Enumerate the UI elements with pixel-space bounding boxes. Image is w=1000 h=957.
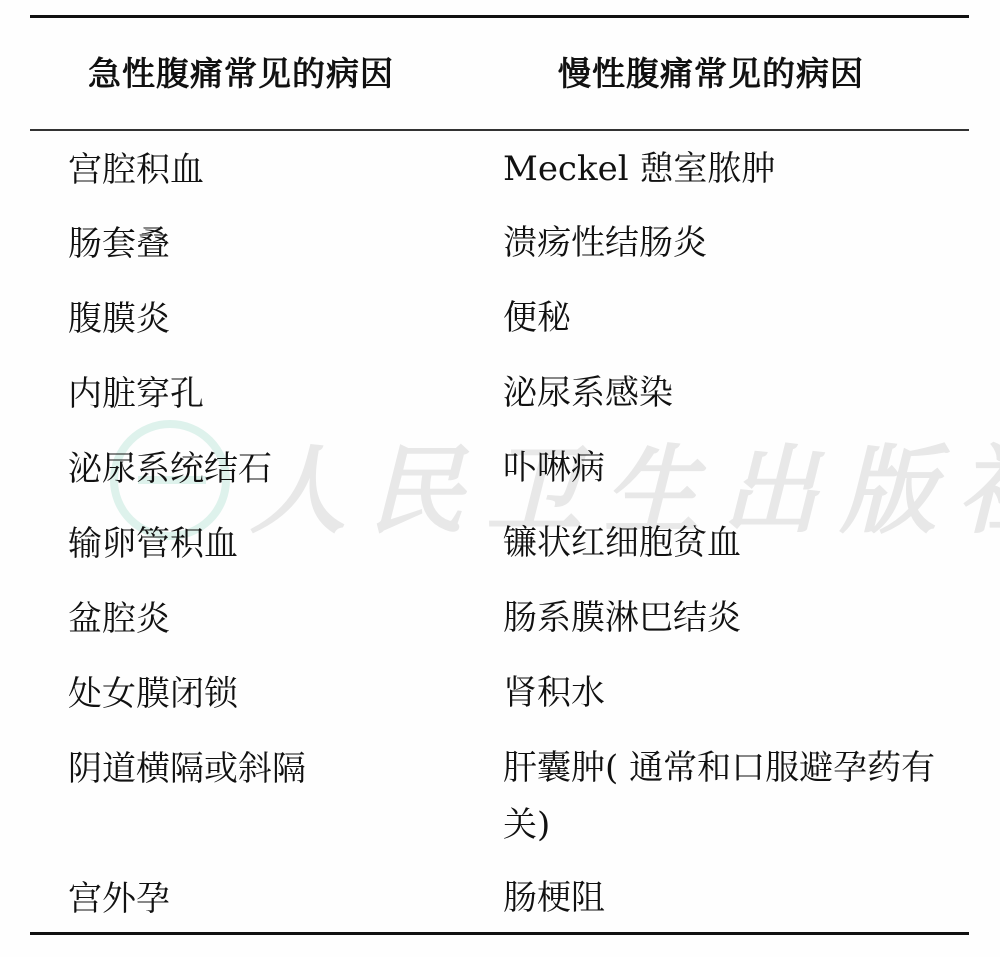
table-cell-chronic: 卟啉病 [503, 440, 953, 497]
table-cell-chronic: 肠梗阻 [503, 870, 953, 927]
table-cell-acute: 宫腔积血 [68, 148, 204, 192]
table-cell-chronic: 泌尿系感染 [503, 365, 953, 422]
table-cell-acute: 盆腔炎 [68, 597, 170, 641]
table-cell-acute: 内脏穿孔 [68, 372, 204, 416]
table-cell-chronic: 肠系膜淋巴结炎 [503, 590, 953, 647]
table-cell-acute: 输卵管积血 [68, 522, 238, 566]
table-cell-chronic: 溃疡性结肠炎 [503, 215, 953, 272]
table-cell-acute: 宫外孕 [68, 877, 170, 921]
table-cell-chronic: 肝囊肿( 通常和口服避孕药有关) [503, 740, 953, 854]
table-cell-acute: 处女膜闭锁 [68, 672, 238, 716]
table-top-rule [30, 15, 969, 18]
table-cell-chronic: Meckel 憩室脓肿 [503, 141, 953, 198]
table-cell-chronic: 便秘 [503, 290, 953, 347]
table-cell-acute: 腹膜炎 [68, 297, 170, 341]
header-acute-causes: 急性腹痛常见的病因 [88, 52, 394, 96]
table-cell-acute: 阴道横隔或斜隔 [68, 747, 306, 791]
header-chronic-causes: 慢性腹痛常见的病因 [558, 52, 864, 96]
table-header-rule [30, 129, 969, 131]
table-bottom-rule [30, 932, 969, 935]
table-cell-chronic: 镰状红细胞贫血 [503, 515, 953, 572]
table-cell-acute: 肠套叠 [68, 222, 170, 266]
table-cell-acute: 泌尿系统结石 [68, 447, 272, 491]
table-cell-chronic: 肾积水 [503, 665, 953, 722]
